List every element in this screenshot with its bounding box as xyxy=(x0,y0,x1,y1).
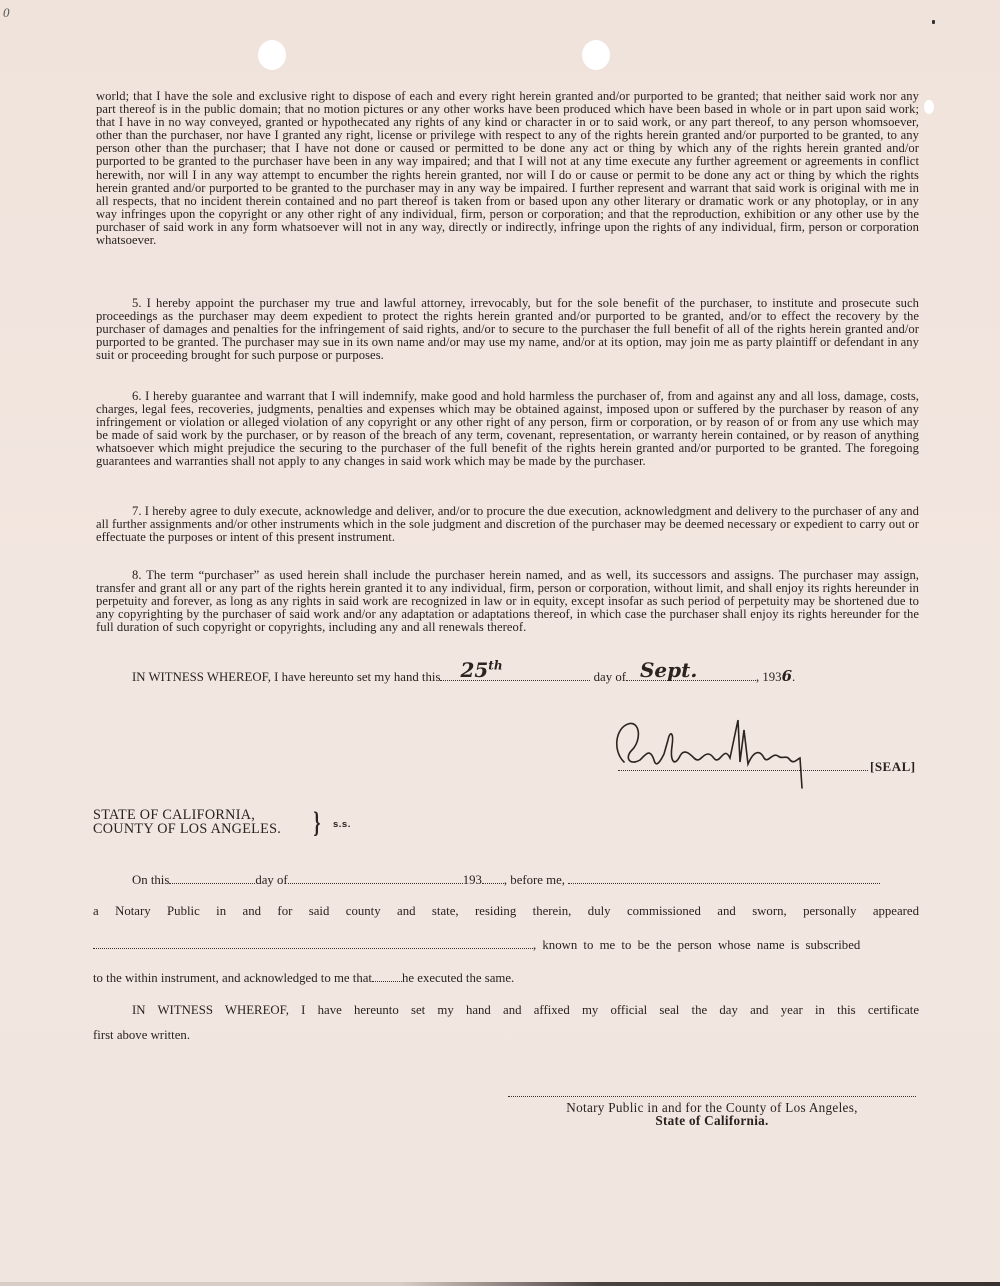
venue-ss: s.s. xyxy=(333,818,351,832)
seal-label: [SEAL] xyxy=(870,759,916,775)
notary-title-line-2: State of California. xyxy=(508,1114,916,1127)
brace-icon: } xyxy=(313,810,320,836)
signature-row: [SEAL] xyxy=(590,710,920,790)
notary-name-field[interactable] xyxy=(568,872,880,884)
appearing-person-field[interactable] xyxy=(93,937,533,949)
day-field[interactable]: 25th xyxy=(440,669,590,681)
document-page: 0 world; that I have the sole and exclus… xyxy=(0,0,1000,1286)
paragraph-text: 5. I hereby appoint the purchaser my tru… xyxy=(96,297,919,362)
day-of-label: day of xyxy=(594,670,626,684)
scan-bottom-edge xyxy=(0,1282,1000,1286)
notary-signature-line[interactable] xyxy=(508,1096,916,1097)
venue-block: STATE OF CALIFORNIA, COUNTY OF LOS ANGEL… xyxy=(93,808,281,836)
paragraph-5-attorney: 5. I hereby appoint the purchaser my tru… xyxy=(96,297,919,362)
paragraph-text: 7. I hereby agree to duly execute, ackno… xyxy=(96,505,919,544)
notary-witness-clause: IN WITNESS WHEREOF, I have hereunto set … xyxy=(132,1003,919,1018)
edge-nick xyxy=(924,100,934,114)
first-above-written: first above written. xyxy=(93,1028,919,1043)
notary-signature-block: Notary Public in and for the County of L… xyxy=(508,1096,916,1127)
known-to-me-line: , known to me to be the person whose nam… xyxy=(93,937,919,953)
to-within-label: to the within instrument, and acknowledg… xyxy=(93,971,372,985)
punch-hole-right xyxy=(582,40,610,70)
notary-day-field[interactable] xyxy=(169,872,255,884)
year-prefix: , 193 xyxy=(756,670,782,684)
signature-line xyxy=(618,770,868,771)
paragraph-text: 6. I hereby guarantee and warrant that I… xyxy=(96,390,919,469)
paragraph-text: world; that I have the sole and exclusiv… xyxy=(96,90,919,247)
paragraph-8-purchaser-definition: 8. The term “purchaser” as used herein s… xyxy=(96,569,919,634)
pronoun-field[interactable] xyxy=(372,970,402,982)
handwritten-signature[interactable] xyxy=(610,710,830,790)
on-this-label: On this xyxy=(132,873,169,887)
month-field[interactable]: Sept. xyxy=(626,669,756,681)
venue-county: COUNTY OF LOS ANGELES. xyxy=(93,822,281,836)
month-handwritten: Sept. xyxy=(640,658,697,682)
paragraph-6-indemnity: 6. I hereby guarantee and warrant that I… xyxy=(96,390,919,469)
day-handwritten: 25 xyxy=(460,658,488,682)
ink-speck xyxy=(932,20,935,24)
notary-month-field[interactable] xyxy=(288,872,463,884)
day-suffix-handwritten: th xyxy=(488,658,502,672)
punch-hole-left xyxy=(258,40,286,70)
known-label: , known to me to be the person whose nam… xyxy=(533,938,860,952)
witness-prefix: IN WITNESS WHEREOF, I have hereunto set … xyxy=(132,670,440,684)
paragraph-text: 8. The term “purchaser” as used herein s… xyxy=(96,569,919,634)
acknowledged-line: to the within instrument, and acknowledg… xyxy=(93,970,919,986)
executed-label: he executed the same. xyxy=(402,971,514,985)
notary-year-field[interactable] xyxy=(482,872,504,884)
witness-clause: IN WITNESS WHEREOF, I have hereunto set … xyxy=(132,667,922,685)
notary-date-line: On thisday of193, before me, xyxy=(132,872,919,888)
notary-appeared-line: a Notary Public in and for said county a… xyxy=(93,904,919,919)
corner-pencil-mark: 0 xyxy=(3,5,10,21)
notary-day-of-label: day of xyxy=(255,873,287,887)
paragraph-warranties: world; that I have the sole and exclusiv… xyxy=(96,90,919,247)
year-digit-handwritten: 6 xyxy=(782,667,792,685)
notary-year-prefix: 193 xyxy=(463,873,482,887)
venue-state: STATE OF CALIFORNIA, xyxy=(93,808,281,822)
before-me-label: , before me, xyxy=(504,873,565,887)
paragraph-7-further-assurances: 7. I hereby agree to duly execute, ackno… xyxy=(96,505,919,544)
